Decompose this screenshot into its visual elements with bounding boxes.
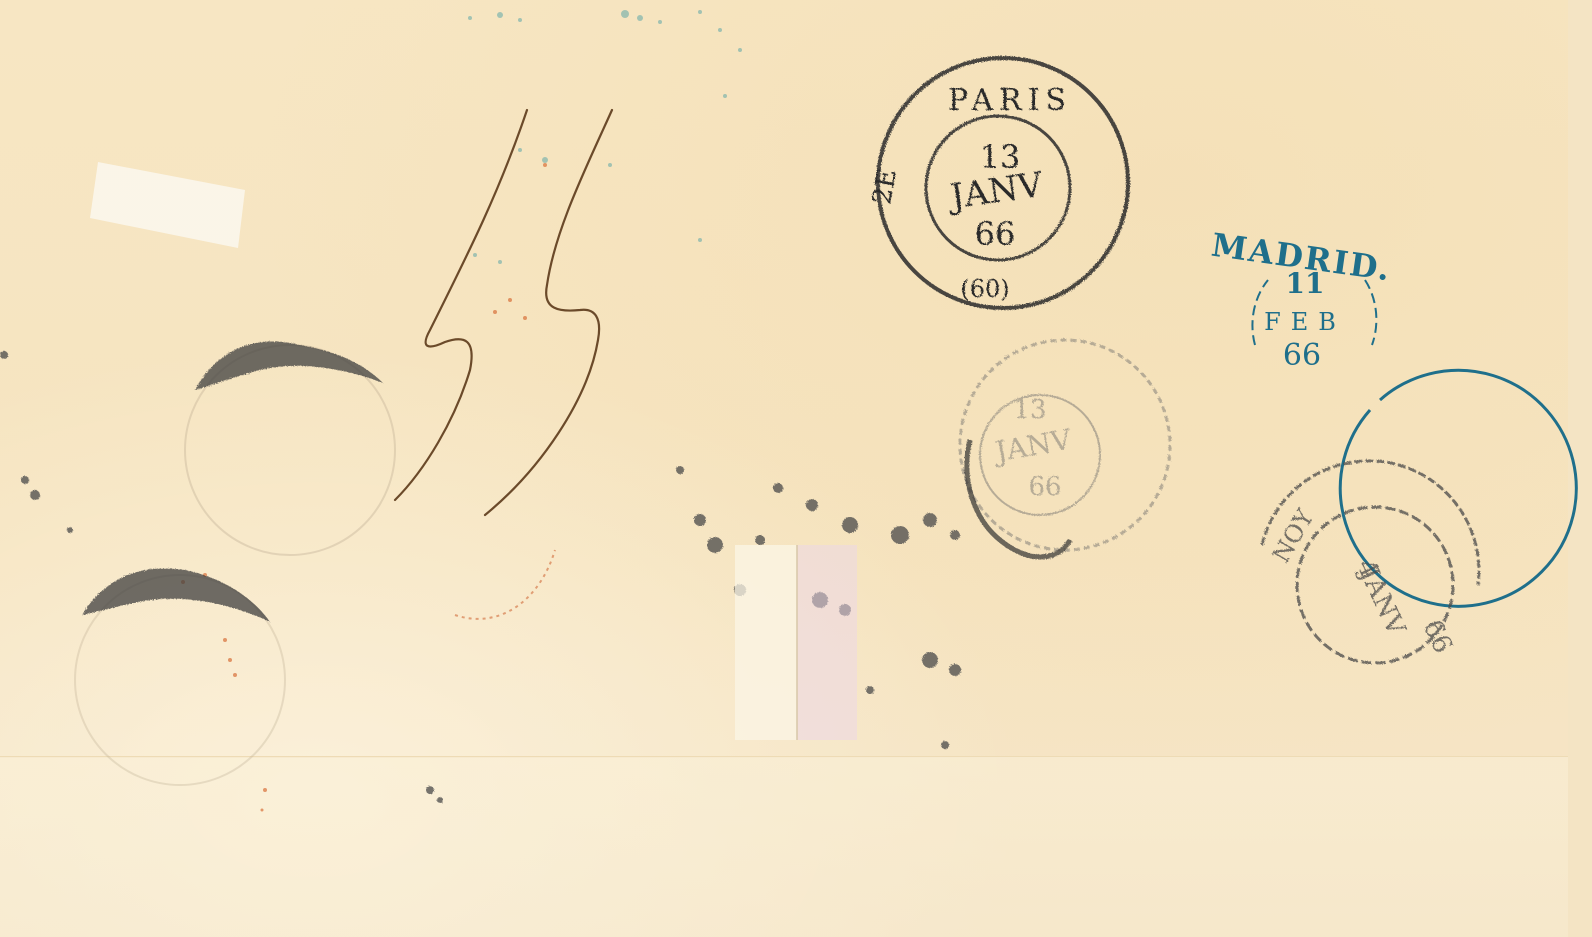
paper-hinge [90, 162, 245, 248]
cover-markings: PARIS 2E 13 JANV 66 (60) MADRID. 11 FEB … [0, 0, 1592, 937]
svg-text:66: 66 [975, 215, 1016, 253]
grey-smudge-upper [185, 341, 395, 555]
postmark-faint-transit: 13 JANV 66 [960, 340, 1170, 550]
svg-text:13: 13 [1013, 395, 1046, 425]
svg-text:PARIS: PARIS [948, 83, 1072, 118]
svg-text:(60): (60) [960, 275, 1009, 303]
svg-text:66: 66 [1283, 338, 1321, 373]
postmark-paris: PARIS 2E 13 JANV 66 (60) [867, 58, 1128, 308]
svg-text:FEB: FEB [1264, 308, 1346, 336]
orange-spots [181, 163, 547, 812]
svg-text:JANV: JANV [945, 165, 1047, 218]
svg-text:11: 11 [1286, 267, 1325, 300]
svg-text:2E: 2E [867, 167, 903, 207]
grey-smudge-lower [75, 568, 285, 785]
paper-patch [735, 545, 857, 740]
svg-text:66: 66 [1417, 615, 1458, 658]
manuscript-55 [395, 110, 612, 515]
svg-text:JANV: JANV [990, 423, 1074, 469]
postmark-madrid: MADRID. 11 FEB 66 [1209, 226, 1576, 607]
svg-text:JANV: JANV [1352, 561, 1411, 642]
blue-ink-traces [468, 10, 742, 264]
postmark-lower-right: NOY 4 JANV 66 [1262, 461, 1479, 663]
svg-text:66: 66 [1028, 472, 1061, 502]
